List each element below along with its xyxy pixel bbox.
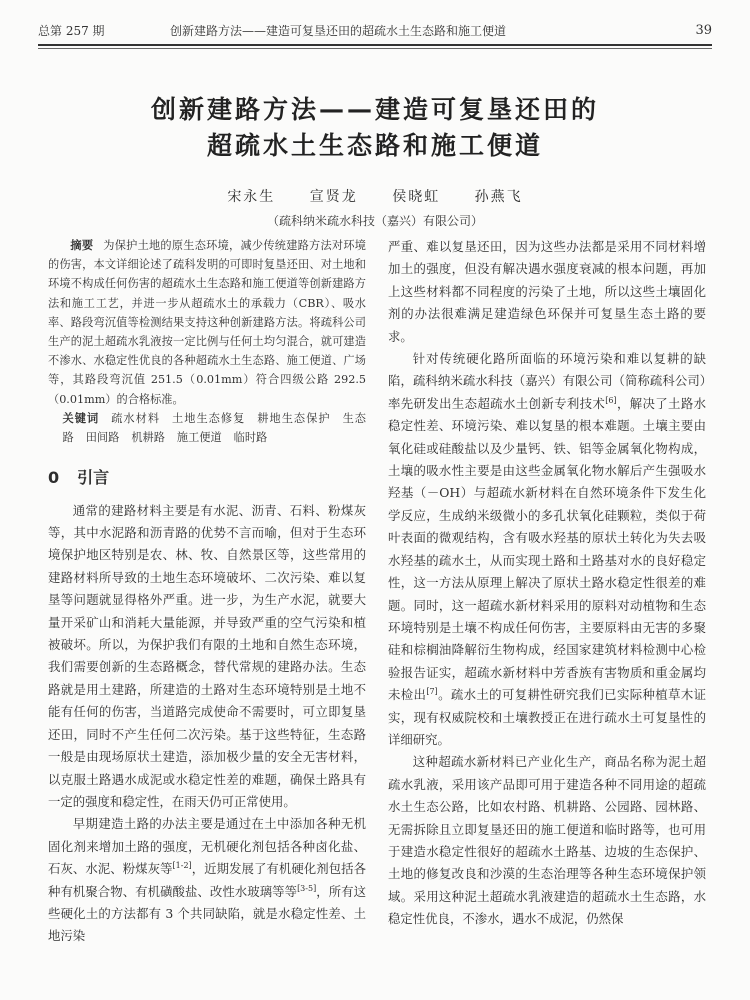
abstract-text: 为保护土地的原生态环境，减少传统建路方法对环境的伤害，本文详细论述了疏科发明的可… <box>48 239 366 406</box>
running-title: 创新建路方法——建造可复垦还田的超疏水土生态路和施工便道 <box>148 22 672 39</box>
abstract-label: 摘要 <box>70 239 93 252</box>
keyword: 机耕路 <box>131 431 165 444</box>
keyword: 疏水材料 <box>111 412 160 425</box>
page-number: 39 <box>672 23 712 38</box>
keywords-label: 关键词 <box>63 412 100 425</box>
right-column: 严重、难以复垦还田，因为这些办法都是采用不同材料增加土的强度，但没有解决遇水强度… <box>388 236 706 931</box>
citation: [3-5] <box>297 884 316 893</box>
keywords: 关键词疏水材料土地生态修复耕地生态保护生态路田间路机耕路施工便道临时路 <box>48 409 366 447</box>
author: 侯晓虹 <box>392 189 440 205</box>
body-paragraph: 这种超疏水新材料已产业化生产，商品名称为泥土超疏水乳液，采用该产品即可用于建造各… <box>388 751 706 930</box>
keyword: 耕地生态保护 <box>257 412 330 425</box>
affiliation: （疏科纳米疏水科技（嘉兴）有限公司） <box>0 212 750 229</box>
section-heading: 0引言 <box>48 467 366 489</box>
keyword: 临时路 <box>234 431 268 444</box>
keyword: 土地生态修复 <box>172 412 245 425</box>
keyword: 田间路 <box>86 431 120 444</box>
abstract: 摘要为保护土地的原生态环境，减少传统建路方法对环境的伤害，本文详细论述了疏科发明… <box>48 236 366 409</box>
body-paragraph: 早期建造土路的办法主要是通过在土中添加各种无机固化剂来增加土路的强度，无机硬化剂… <box>48 813 366 947</box>
keyword: 施工便道 <box>177 431 222 444</box>
text-run: ，解决了土路水稳定性差、环境污染、难以复垦的根本难题。土壤主要由氧化硅或硅酸盐以… <box>388 396 706 702</box>
issue-number: 总第 257 期 <box>38 22 148 39</box>
section-number: 0 <box>48 468 59 487</box>
author: 宣贤龙 <box>310 189 358 205</box>
title-block: 创新建路方法——建造可复垦还田的 超疏水土生态路和施工便道 宋永生 宣贤龙 侯晓… <box>0 92 750 229</box>
article-title-line-2: 超疏水土生态路和施工便道 <box>0 128 750 164</box>
running-head: 总第 257 期 创新建路方法——建造可复垦还田的超疏水土生态路和施工便道 39 <box>38 20 712 40</box>
header-rule-thin <box>38 48 712 49</box>
left-column: 摘要为保护土地的原生态环境，减少传统建路方法对环境的伤害，本文详细论述了疏科发明… <box>48 236 366 948</box>
body-paragraph: 通常的建路材料主要是有水泥、沥青、石料、粉煤灰等，其中水泥路和沥青路的优势不言而… <box>48 500 366 814</box>
author: 孙燕飞 <box>475 189 523 205</box>
body-paragraph: 针对传统硬化路所面临的环境污染和难以复耕的缺陷，疏科纳米疏水科技（嘉兴）有限公司… <box>388 348 706 751</box>
citation: [7] <box>426 687 437 696</box>
author-list: 宋永生 宣贤龙 侯晓虹 孙燕飞 <box>0 186 750 206</box>
article-title-line-1: 创新建路方法——建造可复垦还田的 <box>0 92 750 128</box>
section-title: 引言 <box>77 468 109 487</box>
author: 宋永生 <box>227 189 275 205</box>
header-rule-thick <box>38 44 712 46</box>
body-paragraph: 严重、难以复垦还田，因为这些办法都是采用不同材料增加土的强度，但没有解决遇水强度… <box>388 236 706 348</box>
citation: [6] <box>605 396 616 405</box>
citation: [1-2] <box>173 861 192 870</box>
